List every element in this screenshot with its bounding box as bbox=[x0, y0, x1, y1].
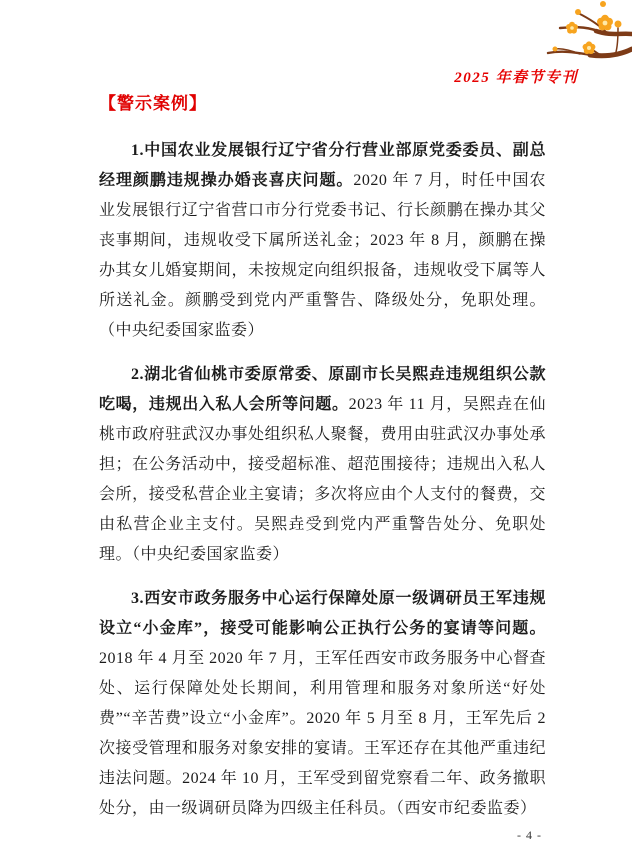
page-number: - 4 - bbox=[517, 828, 542, 843]
case-list: 1.中国农业发展银行辽宁省分行营业部原党委委员、副总经理颜鹏违规操办婚丧喜庆问题… bbox=[99, 136, 546, 838]
case-3-body: 2018 年 4 月至 2020 年 7 月，王军任西安市政务服务中心督查处、运… bbox=[99, 650, 546, 817]
case-paragraph-2: 2.湖北省仙桃市委原常委、原副市长吴熙垚违规组织公款吃喝，违规出入私人会所等问题… bbox=[99, 360, 546, 570]
case-1-body: 2020 年 7 月，时任中国农业发展银行辽宁省营口市分行党委书记、行长颜鹏在操… bbox=[99, 172, 546, 339]
case-paragraph-3: 3.西安市政务服务中心运行保障处原一级调研员王军违规设立“小金库”，接受可能影响… bbox=[99, 584, 546, 824]
case-3-lead: 3.西安市政务服务中心运行保障处原一级调研员王军违规设立“小金库”，接受可能影响… bbox=[99, 590, 546, 637]
issue-label: 2025 年春节专刊 bbox=[454, 66, 578, 87]
plum-blossom-icon bbox=[520, 0, 632, 70]
document-page: 2025 年春节专刊 【警示案例】 1.中国农业发展银行辽宁省分行营业部原党委委… bbox=[0, 0, 632, 856]
case-paragraph-1: 1.中国农业发展银行辽宁省分行营业部原党委委员、副总经理颜鹏违规操办婚丧喜庆问题… bbox=[99, 136, 546, 346]
case-2-body: 2023 年 11 月，吴熙垚在仙桃市政府驻武汉办事处组织私人聚餐，费用由驻武汉… bbox=[99, 396, 546, 563]
section-heading: 【警示案例】 bbox=[99, 94, 207, 114]
